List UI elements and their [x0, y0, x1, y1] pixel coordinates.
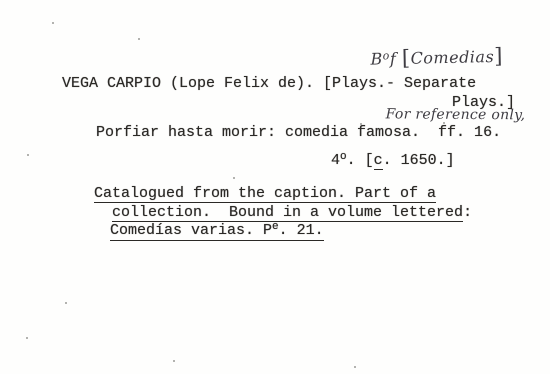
paper-speck — [443, 122, 445, 124]
note-line-3: Comedías varias. Pe. 21. — [110, 221, 324, 241]
note-number: . 21. — [279, 222, 324, 239]
note-line-2-colon: : — [463, 204, 472, 221]
note-line-2: collection. Bound in a volume lettered: — [112, 203, 472, 222]
paper-speck — [26, 337, 28, 339]
paper-speck — [233, 177, 235, 179]
pressmark-line: Bof [Comedias] — [370, 42, 524, 69]
format-separator: . [ — [347, 152, 374, 169]
paper-speck — [65, 302, 67, 304]
collection-title-handwritten: Comedias — [410, 47, 494, 68]
paper-speck — [27, 154, 29, 156]
heading-line-1: VEGA CARPIO (Lope Felix de). [Plays.- Se… — [62, 74, 476, 93]
format-date: . 1650.] — [383, 152, 455, 169]
open-bracket: [ — [402, 46, 411, 70]
format-line: 4o. [c. 1650.] — [331, 151, 455, 172]
paper-speck — [138, 38, 140, 40]
pressmark-superscript: o — [383, 49, 390, 62]
paper-speck — [360, 123, 362, 125]
paper-speck — [354, 366, 356, 368]
title-line: Porfiar hasta morir: comedia famosa. ff.… — [96, 123, 501, 142]
note-line-1: Catalogued from the caption. Part of a — [94, 184, 436, 203]
note-volume-title: Comedías varias. P — [110, 222, 272, 239]
paper-speck — [173, 360, 175, 362]
note-superscript-e: e — [272, 221, 279, 233]
catalog-card: Bof [Comedias] For reference only, VEGA … — [0, 0, 550, 374]
paper-speck — [52, 22, 54, 24]
close-bracket: ] — [494, 44, 503, 68]
format-size-superscript: o — [340, 151, 347, 163]
format-size: 4 — [331, 152, 340, 169]
pressmark-suffix: f — [390, 49, 402, 68]
circa-abbrev: c — [374, 153, 383, 170]
heading-line-2: Plays.] — [452, 93, 515, 112]
pressmark-letter: B — [370, 49, 383, 68]
